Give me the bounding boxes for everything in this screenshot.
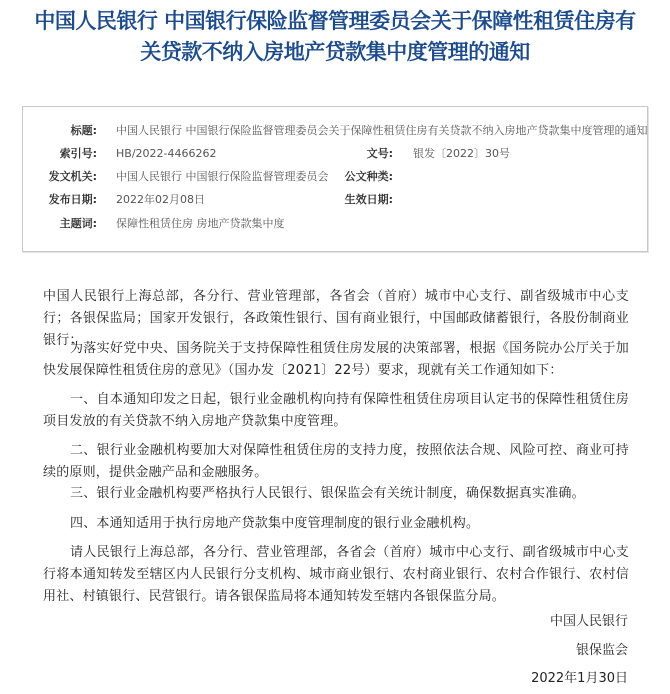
document-title: 中国人民银行 中国银行保险监督管理委员会关于保障性租赁住房有 关贷款不纳入房地产…	[0, 6, 670, 68]
meta-label-docno: 文号:	[323, 144, 393, 164]
meta-value-title: 中国人民银行 中国银行保险监督管理委员会关于保障性租赁住房有关贷款不纳入房地产贷…	[116, 121, 648, 141]
item-paragraph-4: 四、本通知适用于执行房地产贷款集中度管理制度的银行业金融机构。	[43, 513, 629, 535]
meta-value-index: HB/2022-4466262	[116, 144, 216, 164]
title-line-1: 中国人民银行 中国银行保险监督管理委员会关于保障性租赁住房有	[0, 6, 670, 37]
signature-org-2: 银保监会	[576, 641, 628, 661]
intro-paragraph: 为落实好党中央、国务院关于支持保障性租赁住房发展的决策部署，根据《国务院办公厅关…	[43, 338, 629, 382]
signature-org-1: 中国人民银行	[550, 612, 628, 632]
meta-label-publish: 发布日期:	[27, 190, 97, 210]
body-item-4: 四、本通知适用于执行房地产贷款集中度管理制度的银行业金融机构。	[43, 513, 629, 535]
meta-value-keywords: 保障性租赁住房 房地产贷款集中度	[116, 214, 285, 234]
body-closing: 请人民银行上海总部，各分行、营业管理部，各省会（首府）城市中心支行、副省级城市中…	[43, 542, 629, 608]
meta-label-issuer: 发文机关:	[27, 167, 97, 187]
meta-value-publish: 2022年02月08日	[116, 190, 205, 210]
item-paragraph-3: 三、银行业金融机构要严格执行人民银行、银保监会有关统计制度，确保数据真实准确。	[43, 483, 629, 505]
item-paragraph-2: 二、银行业金融机构要加大对保障性租赁住房的支持力度，按照依法合规、风险可控、商业…	[43, 440, 629, 484]
body-item-3: 三、银行业金融机构要严格执行人民银行、银保监会有关统计制度，确保数据真实准确。	[43, 483, 629, 505]
meta-label-title: 标题:	[27, 121, 97, 141]
meta-value-issuer: 中国人民银行 中国银行保险监督管理委员会	[116, 167, 329, 187]
item-paragraph-1: 一、自本通知印发之日起，银行业金融机构向持有保障性租赁住房项目认定书的保障性租赁…	[43, 389, 629, 433]
meta-label-doctype: 公文种类:	[323, 167, 393, 187]
body-intro: 为落实好党中央、国务院关于支持保障性租赁住房发展的决策部署，根据《国务院办公厅关…	[43, 338, 629, 382]
title-line-2: 关贷款不纳入房地产贷款集中度管理的通知	[0, 37, 670, 68]
meta-label-keywords: 主题词:	[27, 214, 97, 234]
meta-label-index: 索引号:	[27, 144, 97, 164]
meta-label-effective: 生效日期:	[323, 190, 393, 210]
metadata-box: 标题: 中国人民银行 中国银行保险监督管理委员会关于保障性租赁住房有关贷款不纳入…	[22, 106, 648, 252]
body-item-1: 一、自本通知印发之日起，银行业金融机构向持有保障性租赁住房项目认定书的保障性租赁…	[43, 389, 629, 433]
body-item-2: 二、银行业金融机构要加大对保障性租赁住房的支持力度，按照依法合规、风险可控、商业…	[43, 440, 629, 484]
closing-paragraph: 请人民银行上海总部，各分行、营业管理部，各省会（首府）城市中心支行、副省级城市中…	[43, 542, 629, 608]
signature-date: 2022年1月30日	[531, 669, 628, 689]
meta-value-docno: 银发〔2022〕30号	[413, 144, 510, 164]
